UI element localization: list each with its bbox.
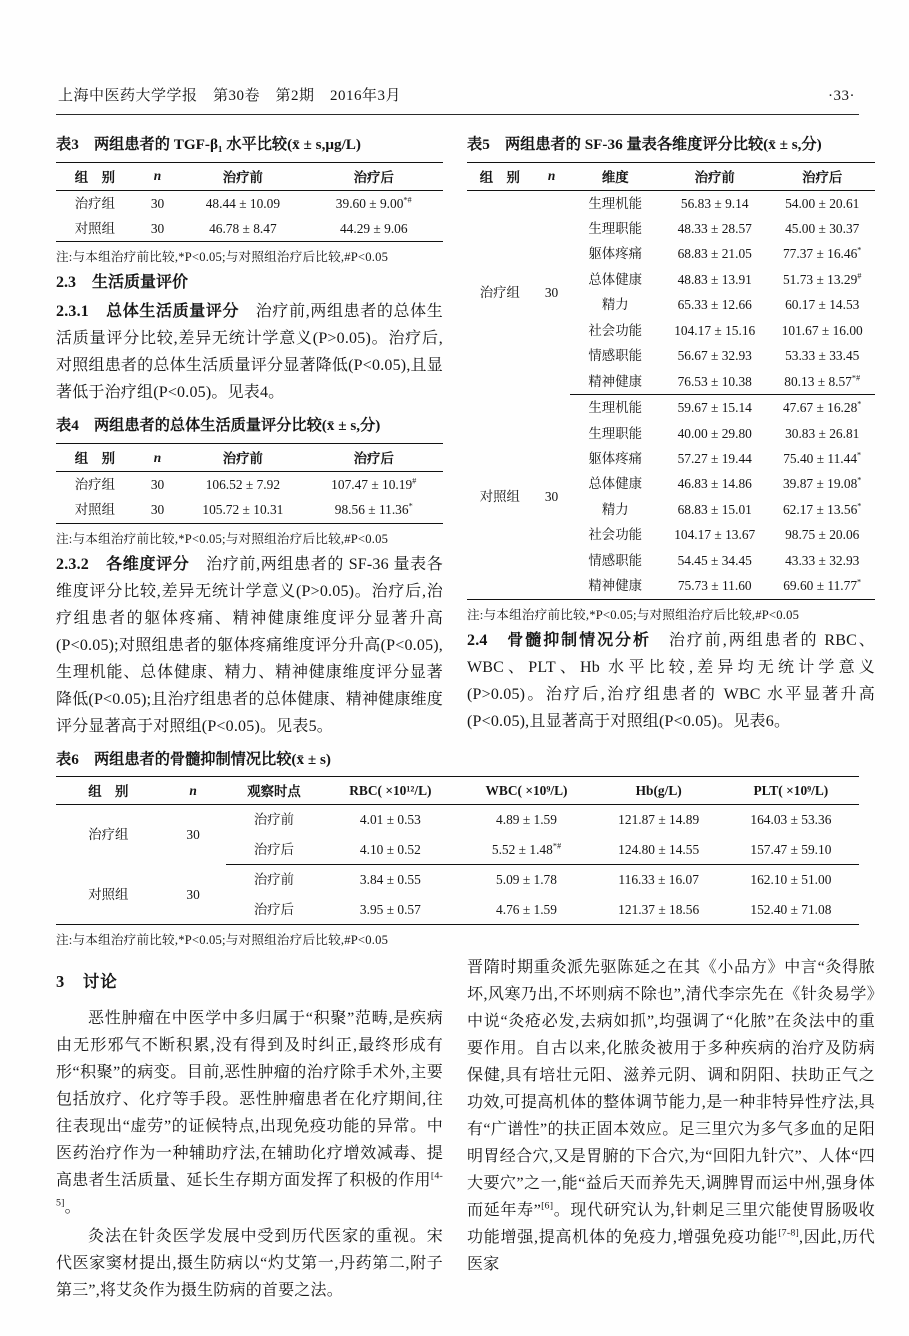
table-cell: 56.83 ± 9.14: [660, 190, 769, 216]
column-header: 观察时点: [226, 777, 323, 805]
table-cell: 生理机能: [570, 395, 660, 421]
table-row: 治疗组30106.52 ± 7.92107.47 ± 10.19#: [56, 472, 443, 498]
table-cell: 30.83 ± 26.81: [769, 421, 875, 446]
table-cell: 30: [134, 472, 181, 498]
table5-note: 注:与本组治疗前比较,*P<0.05;与对照组治疗后比较,#P<0.05: [467, 604, 875, 623]
column-header: n: [533, 162, 571, 190]
discussion-left-column: 3 讨论 恶性肿瘤在中医学中多归属于“积聚”范畴,是疾病由无形邪气不断积累,没有…: [56, 952, 443, 1304]
table-cell: 生理职能: [570, 216, 660, 241]
discussion-two-columns: 3 讨论 恶性肿瘤在中医学中多归属于“积聚”范畴,是疾病由无形邪气不断积累,没有…: [56, 952, 859, 1304]
journal-info: 上海中医药大学学报 第30卷 第2期 2016年3月: [58, 84, 401, 105]
table-cell: 4.01 ± 0.53: [322, 805, 458, 835]
table-cell: 80.13 ± 8.57*#: [769, 369, 875, 395]
table-cell: 39.87 ± 19.08*: [769, 471, 875, 496]
table-cell: 46.83 ± 14.86: [660, 471, 769, 496]
group-name-cell: 治疗组: [467, 190, 533, 395]
page-number: ·33·: [828, 88, 855, 105]
table-cell: 98.56 ± 11.36*: [305, 497, 443, 523]
column-header: WBC( ×10⁹/L): [458, 777, 594, 805]
column-header: 组 别: [467, 162, 533, 190]
table3-title: 表3 两组患者的 TGF-β₁ 水平比较(x̄ ± s,μg/L): [56, 133, 443, 157]
table-cell: 治疗组: [56, 472, 134, 498]
table-cell: 治疗前: [226, 805, 323, 835]
table-cell: 68.83 ± 15.01: [660, 497, 769, 522]
column-header: 治疗后: [305, 162, 443, 190]
table-cell: 5.09 ± 1.78: [458, 865, 594, 895]
table6-title: 表6 两组患者的骨髓抑制情况比较(x̄ ± s): [56, 748, 859, 772]
table-header-row: 组 别n治疗前治疗后: [56, 162, 443, 190]
table-cell: 生理职能: [570, 421, 660, 446]
table-row: 对照组30生理机能59.67 ± 15.1447.67 ± 16.28*: [467, 395, 875, 421]
column-header: Hb(g/L): [595, 777, 723, 805]
table5: 组 别n维度治疗前治疗后治疗组30生理机能56.83 ± 9.1454.00 ±…: [467, 162, 875, 600]
table-row: 治疗组30生理机能56.83 ± 9.1454.00 ± 20.61: [467, 190, 875, 216]
group-n-cell: 30: [161, 805, 226, 865]
discussion-paragraph: 恶性肿瘤在中医学中多归属于“积聚”范畴,是疾病由无形邪气不断积累,没有得到及时纠…: [56, 1005, 443, 1221]
table-cell: 精力: [570, 292, 660, 317]
column-header: 组 别: [56, 777, 161, 805]
table-header-row: 组 别n治疗前治疗后: [56, 444, 443, 472]
discussion-heading: 3 讨论: [56, 968, 443, 992]
section-2-4-paragraph: 2.4 骨髓抑制情况分析 治疗前,两组患者的 RBC、WBC、PLT、Hb 水平…: [467, 627, 875, 735]
page-header: 上海中医药大学学报 第30卷 第2期 2016年3月 ·33·: [56, 84, 859, 115]
table4-title: 表4 两组患者的总体生活质量评分比较(x̄ ± s,分): [56, 414, 443, 438]
table-cell: 57.27 ± 19.44: [660, 446, 769, 471]
table-cell: 75.40 ± 11.44*: [769, 446, 875, 471]
table-cell: 躯体疼痛: [570, 241, 660, 266]
table-cell: 104.17 ± 15.16: [660, 318, 769, 343]
table-cell: 4.10 ± 0.52: [322, 835, 458, 865]
table-row: 治疗组3048.44 ± 10.0939.60 ± 9.00*#: [56, 190, 443, 216]
table-cell: 社会功能: [570, 318, 660, 343]
column-header: RBC( ×10¹²/L): [322, 777, 458, 805]
column-header: 组 别: [56, 444, 134, 472]
column-header: 治疗前: [660, 162, 769, 190]
section-2-3-heading: 2.3 生活质量评价: [56, 269, 443, 296]
table-row: 对照组30105.72 ± 10.3198.56 ± 11.36*: [56, 497, 443, 523]
column-header: 治疗后: [305, 444, 443, 472]
table-cell: 116.33 ± 16.07: [595, 865, 723, 895]
table-cell: 43.33 ± 32.93: [769, 548, 875, 573]
table-row: 对照组3046.78 ± 8.4744.29 ± 9.06: [56, 216, 443, 242]
table-cell: 106.52 ± 7.92: [181, 472, 304, 498]
table-cell: 4.76 ± 1.59: [458, 895, 594, 925]
table-cell: 51.73 ± 13.29#: [769, 267, 875, 292]
group-name-cell: 对照组: [56, 865, 161, 925]
table4: 组 别n治疗前治疗后治疗组30106.52 ± 7.92107.47 ± 10.…: [56, 443, 443, 524]
table-cell: 精力: [570, 497, 660, 522]
table-cell: 56.67 ± 32.93: [660, 343, 769, 368]
table-cell: 77.37 ± 16.46*: [769, 241, 875, 266]
table-cell: 107.47 ± 10.19#: [305, 472, 443, 498]
table-cell: 社会功能: [570, 522, 660, 547]
table6: 组 别n观察时点RBC( ×10¹²/L)WBC( ×10⁹/L)Hb(g/L)…: [56, 776, 859, 925]
table6-block: 表6 两组患者的骨髓抑制情况比较(x̄ ± s) 组 别n观察时点RBC( ×1…: [56, 748, 859, 948]
discussion-right-column: 晋隋时期重灸派先驱陈延之在其《小品方》中言“灸得脓坏,风寒乃出,不坏则病不除也”…: [467, 952, 875, 1304]
table-cell: 76.53 ± 10.38: [660, 369, 769, 395]
table-cell: 75.73 ± 11.60: [660, 573, 769, 599]
upper-right-column: 表5 两组患者的 SF-36 量表各维度评分比较(x̄ ± s,分) 组 别n维…: [467, 125, 875, 740]
column-header: 治疗前: [181, 444, 304, 472]
table-cell: 30: [134, 216, 181, 242]
table-cell: 121.37 ± 18.56: [595, 895, 723, 925]
table-cell: 162.10 ± 51.00: [723, 865, 859, 895]
table-cell: 对照组: [56, 497, 134, 523]
column-header: 组 别: [56, 162, 134, 190]
table-cell: 对照组: [56, 216, 134, 242]
column-header: n: [134, 444, 181, 472]
upper-two-columns: 表3 两组患者的 TGF-β₁ 水平比较(x̄ ± s,μg/L) 组 别n治疗…: [56, 125, 859, 740]
table-cell: 98.75 ± 20.06: [769, 522, 875, 547]
table-cell: 59.67 ± 15.14: [660, 395, 769, 421]
table-cell: 65.33 ± 12.66: [660, 292, 769, 317]
column-header: 治疗前: [181, 162, 304, 190]
table-cell: 48.44 ± 10.09: [181, 190, 304, 216]
table-cell: 生理机能: [570, 190, 660, 216]
discussion-paragraph: 晋隋时期重灸派先驱陈延之在其《小品方》中言“灸得脓坏,风寒乃出,不坏则病不除也”…: [467, 954, 875, 1278]
group-n-cell: 30: [533, 190, 571, 395]
table-cell: 5.52 ± 1.48*#: [458, 835, 594, 865]
table-cell: 69.60 ± 11.77*: [769, 573, 875, 599]
table-cell: 精神健康: [570, 573, 660, 599]
table-header-row: 组 别n维度治疗前治疗后: [467, 162, 875, 190]
table4-note: 注:与本组治疗前比较,*P<0.05;与对照组治疗后比较,#P<0.05: [56, 528, 443, 547]
column-header: PLT( ×10⁹/L): [723, 777, 859, 805]
table-cell: 121.87 ± 14.89: [595, 805, 723, 835]
table-cell: 44.29 ± 9.06: [305, 216, 443, 242]
table-row: 治疗组30治疗前4.01 ± 0.534.89 ± 1.59121.87 ± 1…: [56, 805, 859, 835]
table-cell: 总体健康: [570, 471, 660, 496]
table-cell: 54.45 ± 34.45: [660, 548, 769, 573]
group-name-cell: 治疗组: [56, 805, 161, 865]
column-header: 治疗后: [769, 162, 875, 190]
table-cell: 68.83 ± 21.05: [660, 241, 769, 266]
section-2-3-2-paragraph: 2.3.2 各维度评分 治疗前,两组患者的 SF-36 量表各维度评分比较,差异…: [56, 551, 443, 740]
table3-note: 注:与本组治疗前比较,*P<0.05;与对照组治疗后比较,#P<0.05: [56, 246, 443, 265]
table-cell: 48.83 ± 13.91: [660, 267, 769, 292]
table-cell: 情感职能: [570, 548, 660, 573]
column-header: n: [134, 162, 181, 190]
table-cell: 54.00 ± 20.61: [769, 190, 875, 216]
upper-left-column: 表3 两组患者的 TGF-β₁ 水平比较(x̄ ± s,μg/L) 组 别n治疗…: [56, 125, 443, 740]
table-header-row: 组 别n观察时点RBC( ×10¹²/L)WBC( ×10⁹/L)Hb(g/L)…: [56, 777, 859, 805]
table-cell: 53.33 ± 33.45: [769, 343, 875, 368]
table-cell: 152.40 ± 71.08: [723, 895, 859, 925]
table-cell: 40.00 ± 29.80: [660, 421, 769, 446]
table-cell: 46.78 ± 8.47: [181, 216, 304, 242]
table-cell: 101.67 ± 16.00: [769, 318, 875, 343]
table3: 组 别n治疗前治疗后治疗组3048.44 ± 10.0939.60 ± 9.00…: [56, 162, 443, 243]
table-cell: 治疗后: [226, 835, 323, 865]
table-cell: 62.17 ± 13.56*: [769, 497, 875, 522]
group-n-cell: 30: [533, 395, 571, 600]
table-cell: 124.80 ± 14.55: [595, 835, 723, 865]
section-2-3-1-paragraph: 2.3.1 总体生活质量评分 治疗前,两组患者的总体生活质量评分比较,差异无统计…: [56, 298, 443, 406]
table-cell: 105.72 ± 10.31: [181, 497, 304, 523]
table-cell: 总体健康: [570, 267, 660, 292]
table5-title: 表5 两组患者的 SF-36 量表各维度评分比较(x̄ ± s,分): [467, 133, 875, 157]
table-cell: 躯体疼痛: [570, 446, 660, 471]
table-cell: 治疗组: [56, 190, 134, 216]
table-cell: 30: [134, 190, 181, 216]
table-cell: 157.47 ± 59.10: [723, 835, 859, 865]
table-cell: 精神健康: [570, 369, 660, 395]
table-cell: 治疗前: [226, 865, 323, 895]
table-cell: 30: [134, 497, 181, 523]
table-cell: 164.03 ± 53.36: [723, 805, 859, 835]
table-cell: 治疗后: [226, 895, 323, 925]
table-cell: 47.67 ± 16.28*: [769, 395, 875, 421]
column-header: n: [161, 777, 226, 805]
table-cell: 60.17 ± 14.53: [769, 292, 875, 317]
table-cell: 4.89 ± 1.59: [458, 805, 594, 835]
table-cell: 3.95 ± 0.57: [322, 895, 458, 925]
journal-page: 上海中医药大学学报 第30卷 第2期 2016年3月 ·33· 表3 两组患者的…: [0, 0, 909, 1336]
discussion-paragraph: 灸法在针灸医学发展中受到历代医家的重视。宋代医家窦材提出,摄生防病以“灼艾第一,…: [56, 1223, 443, 1304]
group-n-cell: 30: [161, 865, 226, 925]
table6-note: 注:与本组治疗前比较,*P<0.05;与对照组治疗后比较,#P<0.05: [56, 929, 859, 948]
table-cell: 情感职能: [570, 343, 660, 368]
table-cell: 104.17 ± 13.67: [660, 522, 769, 547]
table-cell: 3.84 ± 0.55: [322, 865, 458, 895]
group-name-cell: 对照组: [467, 395, 533, 600]
table-cell: 39.60 ± 9.00*#: [305, 190, 443, 216]
table-cell: 48.33 ± 28.57: [660, 216, 769, 241]
table-row: 对照组30治疗前3.84 ± 0.555.09 ± 1.78116.33 ± 1…: [56, 865, 859, 895]
table-cell: 45.00 ± 30.37: [769, 216, 875, 241]
column-header: 维度: [570, 162, 660, 190]
